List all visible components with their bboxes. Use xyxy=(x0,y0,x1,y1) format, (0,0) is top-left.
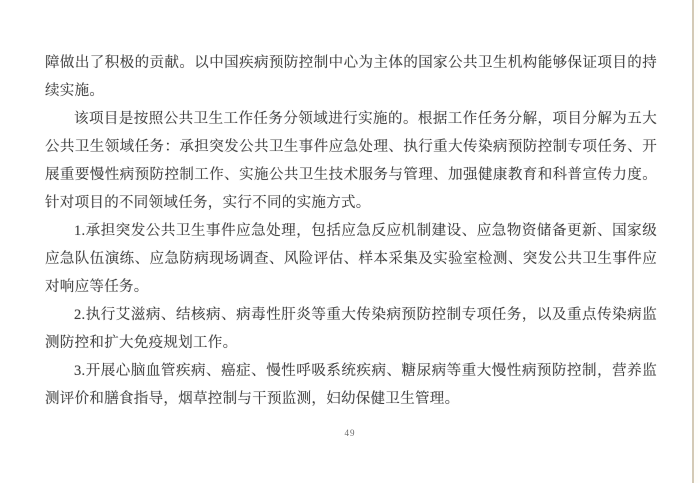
paragraph-item-1: 1.承担突发公共卫生事件应急处理，包括应急反应机制建设、应急物资储备更新、国家级… xyxy=(45,217,657,301)
paragraph-project-overview: 该项目是按照公共卫生工作任务分领域进行实施的。根据工作任务分解，项目分解为五大公… xyxy=(45,105,657,217)
paragraph-item-2: 2.执行艾滋病、结核病、病毒性肝炎等重大传染病预防控制专项任务，以及重点传染病监… xyxy=(45,301,657,357)
page-edge-line xyxy=(692,0,694,483)
document-body: 障做出了积极的贡献。以中国疾病预防控制中心为主体的国家公共卫生机构能够保证项目的… xyxy=(45,49,657,413)
page-number: 49 xyxy=(0,428,700,438)
paragraph-item-3: 3.开展心脑血管疾病、癌症、慢性呼吸系统疾病、糖尿病等重大慢性病预防控制，营养监… xyxy=(45,357,657,413)
document-page: 障做出了积极的贡献。以中国疾病预防控制中心为主体的国家公共卫生机构能够保证项目的… xyxy=(0,0,700,483)
paragraph-continuation: 障做出了积极的贡献。以中国疾病预防控制中心为主体的国家公共卫生机构能够保证项目的… xyxy=(45,49,657,105)
